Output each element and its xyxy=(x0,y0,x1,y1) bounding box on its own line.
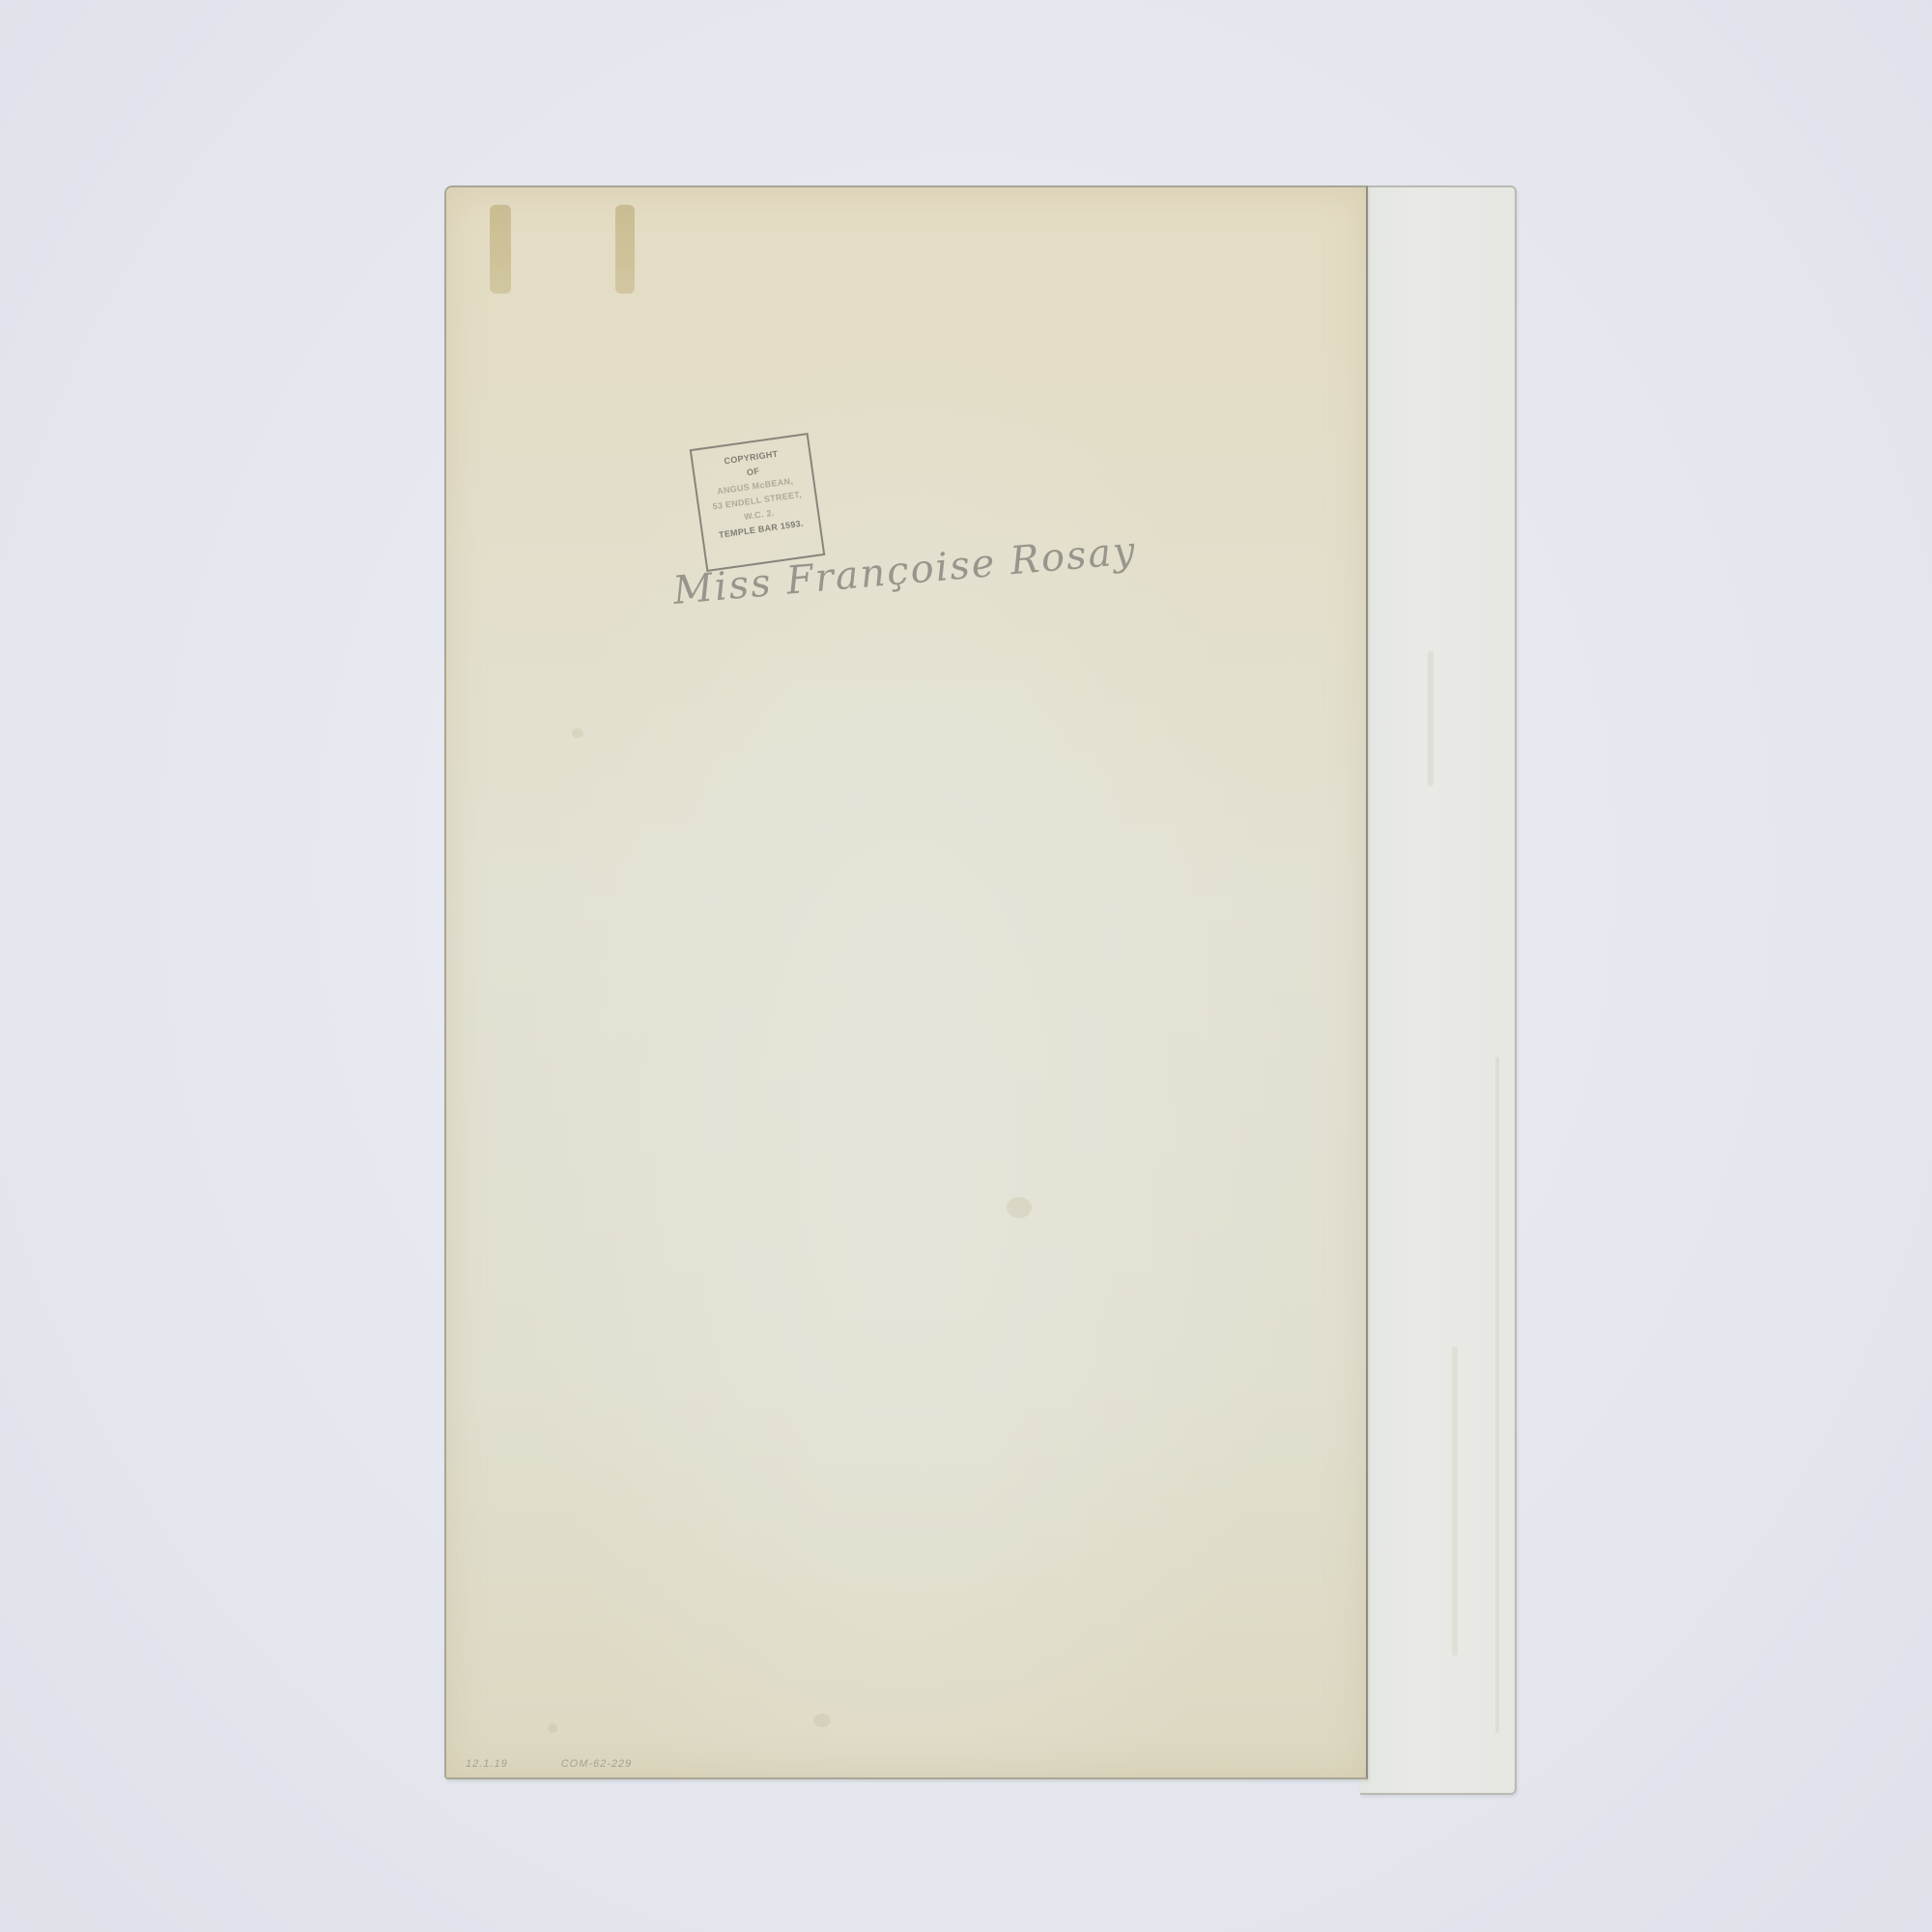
smudge-mark xyxy=(1007,1197,1032,1218)
catalog-date: 12.1.19 xyxy=(466,1758,508,1770)
stain-mark xyxy=(1452,1347,1458,1656)
smudge-mark xyxy=(548,1723,557,1733)
tape-residue-mark xyxy=(490,205,511,294)
smudge-mark xyxy=(572,728,583,738)
mount-card-strip xyxy=(1360,185,1517,1795)
photo-print-reverse: COPYRIGHT OF ANGUS McBEAN, 53 ENDELL STR… xyxy=(444,185,1368,1779)
stain-mark xyxy=(1495,1057,1499,1733)
copyright-stamp: COPYRIGHT OF ANGUS McBEAN, 53 ENDELL STR… xyxy=(690,433,826,572)
background-surface: COPYRIGHT OF ANGUS McBEAN, 53 ENDELL STR… xyxy=(0,0,1932,1932)
stain-mark xyxy=(1428,651,1434,786)
catalog-number: 12.1.19COM-62-229 xyxy=(466,1758,685,1770)
tape-residue-mark xyxy=(615,205,635,294)
catalog-id: COM-62-229 xyxy=(561,1758,633,1770)
smudge-mark xyxy=(813,1714,831,1727)
